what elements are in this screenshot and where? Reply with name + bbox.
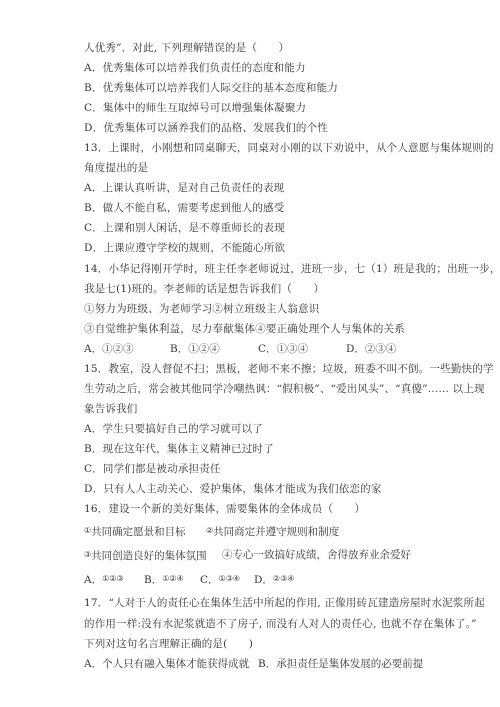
q16-choice-a: A．①②③ bbox=[84, 572, 124, 587]
q12-option-a: A．优秀集体可以培养我们负责任的态度和能力 bbox=[84, 61, 306, 75]
q17-stem-line2: 的作用一样:没有水泥浆就造不了房子, 而没有人对人的责任心, 也就不存在集体了。… bbox=[84, 617, 477, 631]
q17-choice-a: A．个人只有融入集体才能获得成就 bbox=[84, 657, 249, 671]
q14-stem-line1: 14．小华记得刚开学时，班主任李老师说过，进班一步，七（1）班是我的；出班一步， bbox=[84, 262, 500, 276]
q13-stem-line1: 13．上课时，小刚想和同桌聊天，同桌对小刚的以下劝说中，从个人意愿与集体规则的 bbox=[84, 141, 494, 155]
q16-statement-3: ③共同创造良好的集体氛围 bbox=[84, 548, 207, 563]
q13-stem-line2: 角度提出的是 bbox=[84, 161, 148, 175]
q13-option-b: B．做人不能自私，需要考虑到他人的感受 bbox=[84, 201, 285, 215]
q15-option-c: C．同学们都是被动承担责任 bbox=[84, 462, 221, 476]
q15-option-d: D．只有人人主动关心、爱护集体，集体才能成为我们依恋的家 bbox=[84, 482, 382, 496]
q12-option-b: B．优秀集体可以培养我们人际交往的基本态度和能力 bbox=[84, 81, 338, 95]
q12-option-c: C．集体中的师生互取绰号可以增强集体凝聚力 bbox=[84, 101, 306, 115]
q14-statements-line2: ③自觉维护集体利益，尽力奉献集体④要正确处理个人与集体的关系 bbox=[84, 322, 405, 336]
q14-statements-line1: ①努力为班级、为老师学习②树立班级主人翁意识 bbox=[84, 302, 319, 316]
q16-statement-4: ④专心一致搞好成绩，舍得放弃业余爱好 bbox=[222, 548, 411, 562]
q14-stem-line2: 我是七(1)班的。李老师的话是想告诉我们（ ） bbox=[84, 282, 324, 296]
q13-option-d: D．上课应遵守学校的规则，不能随心所欲 bbox=[84, 241, 285, 255]
q14-choice-c: C．①③④ bbox=[258, 342, 308, 356]
q14-choice-d: D．②③④ bbox=[346, 342, 396, 356]
q12-stem: 人优秀”．对此, 下列理解错误的是（ ） bbox=[84, 41, 289, 55]
q12-option-d: D．优秀集体可以涵养我们的品格、发展我们的个性 bbox=[84, 121, 328, 135]
q15-stem-line2: 生劳动之后，常会被其他同学冷嘲热讽：“假积极”、“爱出风头”、“真傻”…… 以上… bbox=[84, 382, 485, 396]
q14-choice-b: B．①②④ bbox=[170, 342, 220, 356]
q17-choice-b: B．承担责任是集体发展的必要前提 bbox=[258, 657, 423, 671]
q16-statement-1: ①共同确定愿景和目标 bbox=[84, 524, 186, 539]
q17-stem-line3: 下列对这句名言理解正确的是( ) bbox=[84, 637, 253, 651]
q13-option-a: A．上课认真听讲，是对自己负责任的表现 bbox=[84, 181, 284, 195]
q16-choice-c: C．①③④ bbox=[200, 572, 240, 587]
q13-option-c: C．上课和别人闲话，是不尊重师长的表现 bbox=[84, 221, 285, 235]
q16-stem: 16．建设一个新的美好集体，需要集体的全体成员（ ） bbox=[84, 502, 365, 516]
q16-choice-b: B．①②④ bbox=[144, 572, 184, 587]
q15-option-a: A．学生只要搞好自己的学习就可以了 bbox=[84, 422, 263, 436]
q15-option-b: B．现在这年代，集体主义精神已过时了 bbox=[84, 442, 274, 456]
q15-stem-line3: 象告诉我们 bbox=[84, 402, 138, 416]
q16-choice-d: D．②③④ bbox=[254, 572, 294, 587]
q15-stem-line1: 15．教室，没人督促不扫；黑板，老师不来不擦；垃圾，班委不叫不倒。一些勤快的学 bbox=[84, 362, 494, 376]
q17-stem-line1: 17．“人对于人的责任心在集体生活中所起的作用, 正像用砖瓦建造房屋时水泥浆所起 bbox=[84, 596, 485, 610]
q14-choice-a: A．①②③ bbox=[84, 342, 134, 356]
exam-page: 人优秀”．对此, 下列理解错误的是（ ） A．优秀集体可以培养我们负责任的态度和… bbox=[0, 0, 500, 707]
q16-statement-2: ②共同商定并遵守规则和制度 bbox=[206, 524, 339, 539]
